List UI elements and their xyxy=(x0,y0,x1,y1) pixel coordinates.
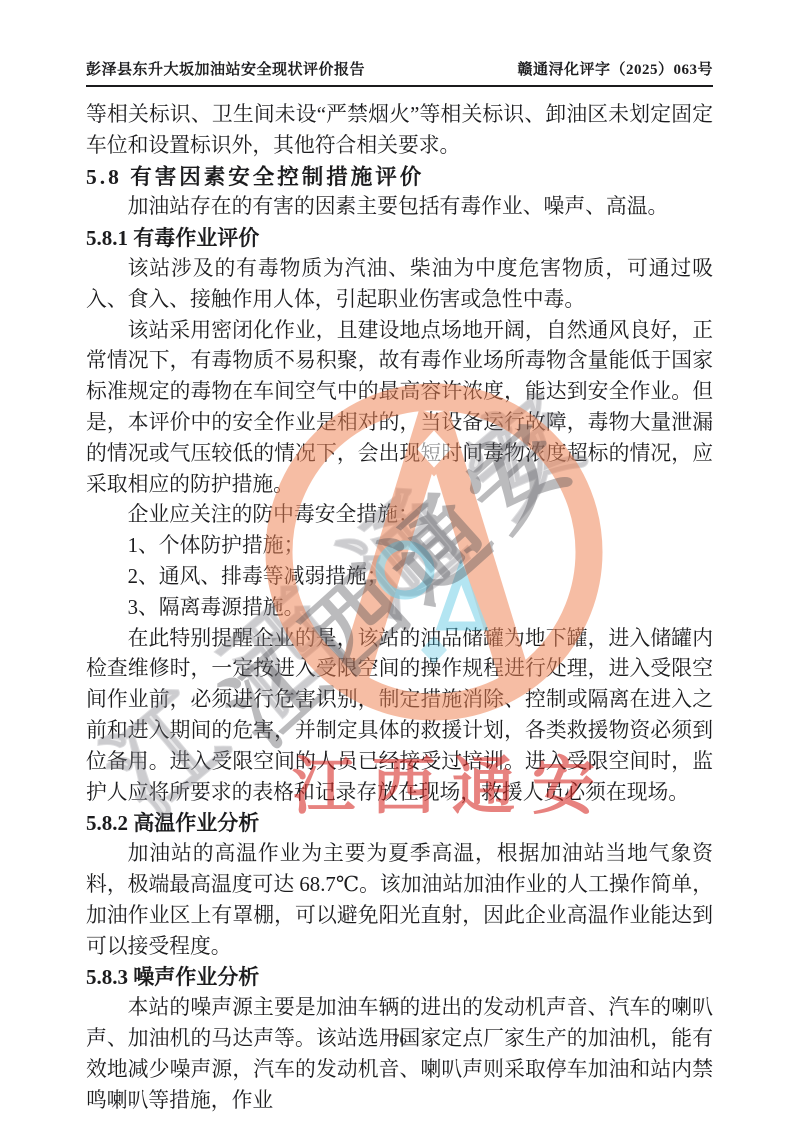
body-paragraph: 企业应关注的防中毒安全措施： xyxy=(86,500,713,531)
list-item: 1、个体防护措施； xyxy=(86,531,713,562)
body-paragraph: 在此特别提醒企业的是，该站的油品储罐为地下罐，进入储罐内检查维修时，一定按进入受… xyxy=(86,624,713,809)
body-paragraph: 本站的噪声源主要是加油车辆的进出的发动机声音、汽车的喇叭声、加油机的马达声等。该… xyxy=(86,993,713,1116)
body-paragraph: 加油站存在的有害的因素主要包括有毒作业、噪声、高温。 xyxy=(86,192,713,223)
subsection-heading: 5.8.3 噪声作业分析 xyxy=(86,962,713,993)
list-item: 3、隔离毒源措施。 xyxy=(86,593,713,624)
section-heading: 5.8 有害因素安全控制措施评价 xyxy=(86,162,713,193)
subsection-heading: 5.8.2 高温作业分析 xyxy=(86,808,713,839)
subsection-heading: 5.8.1 有毒作业评价 xyxy=(86,223,713,254)
body-paragraph: 该站涉及的有毒物质为汽油、柴油为中度危害物质，可通过吸入、食入、接触作用人体，引… xyxy=(86,254,713,316)
body-paragraph: 加油站的高温作业为主要为夏季高温，根据加油站当地气象资料，极端最高温度可达 68… xyxy=(86,839,713,962)
body-paragraph: 等相关标识、卫生间未设“严禁烟火”等相关标识、卸油区未划定固定车位和设置标识外，… xyxy=(86,100,713,162)
page-header: 彭泽县东升大坂加油站安全现状评价报告 赣通浔化评字（2025）063号 xyxy=(86,58,713,79)
page-number: 76 xyxy=(86,1032,713,1049)
header-report-title: 彭泽县东升大坂加油站安全现状评价报告 xyxy=(86,58,365,79)
document-body: 等相关标识、卫生间未设“严禁烟火”等相关标识、卸油区未划定固定车位和设置标识外，… xyxy=(86,100,713,1116)
body-paragraph: 该站采用密闭化作业，且建设地点场地开阔，自然通风良好，正常情况下，有毒物质不易积… xyxy=(86,316,713,501)
header-divider xyxy=(86,85,713,87)
header-doc-number: 赣通浔化评字（2025）063号 xyxy=(517,58,713,79)
list-item: 2、通风、排毒等减弱措施； xyxy=(86,562,713,593)
document-page: 彭泽县东升大坂加油站安全现状评价报告 赣通浔化评字（2025）063号 等相关标… xyxy=(0,0,793,1122)
